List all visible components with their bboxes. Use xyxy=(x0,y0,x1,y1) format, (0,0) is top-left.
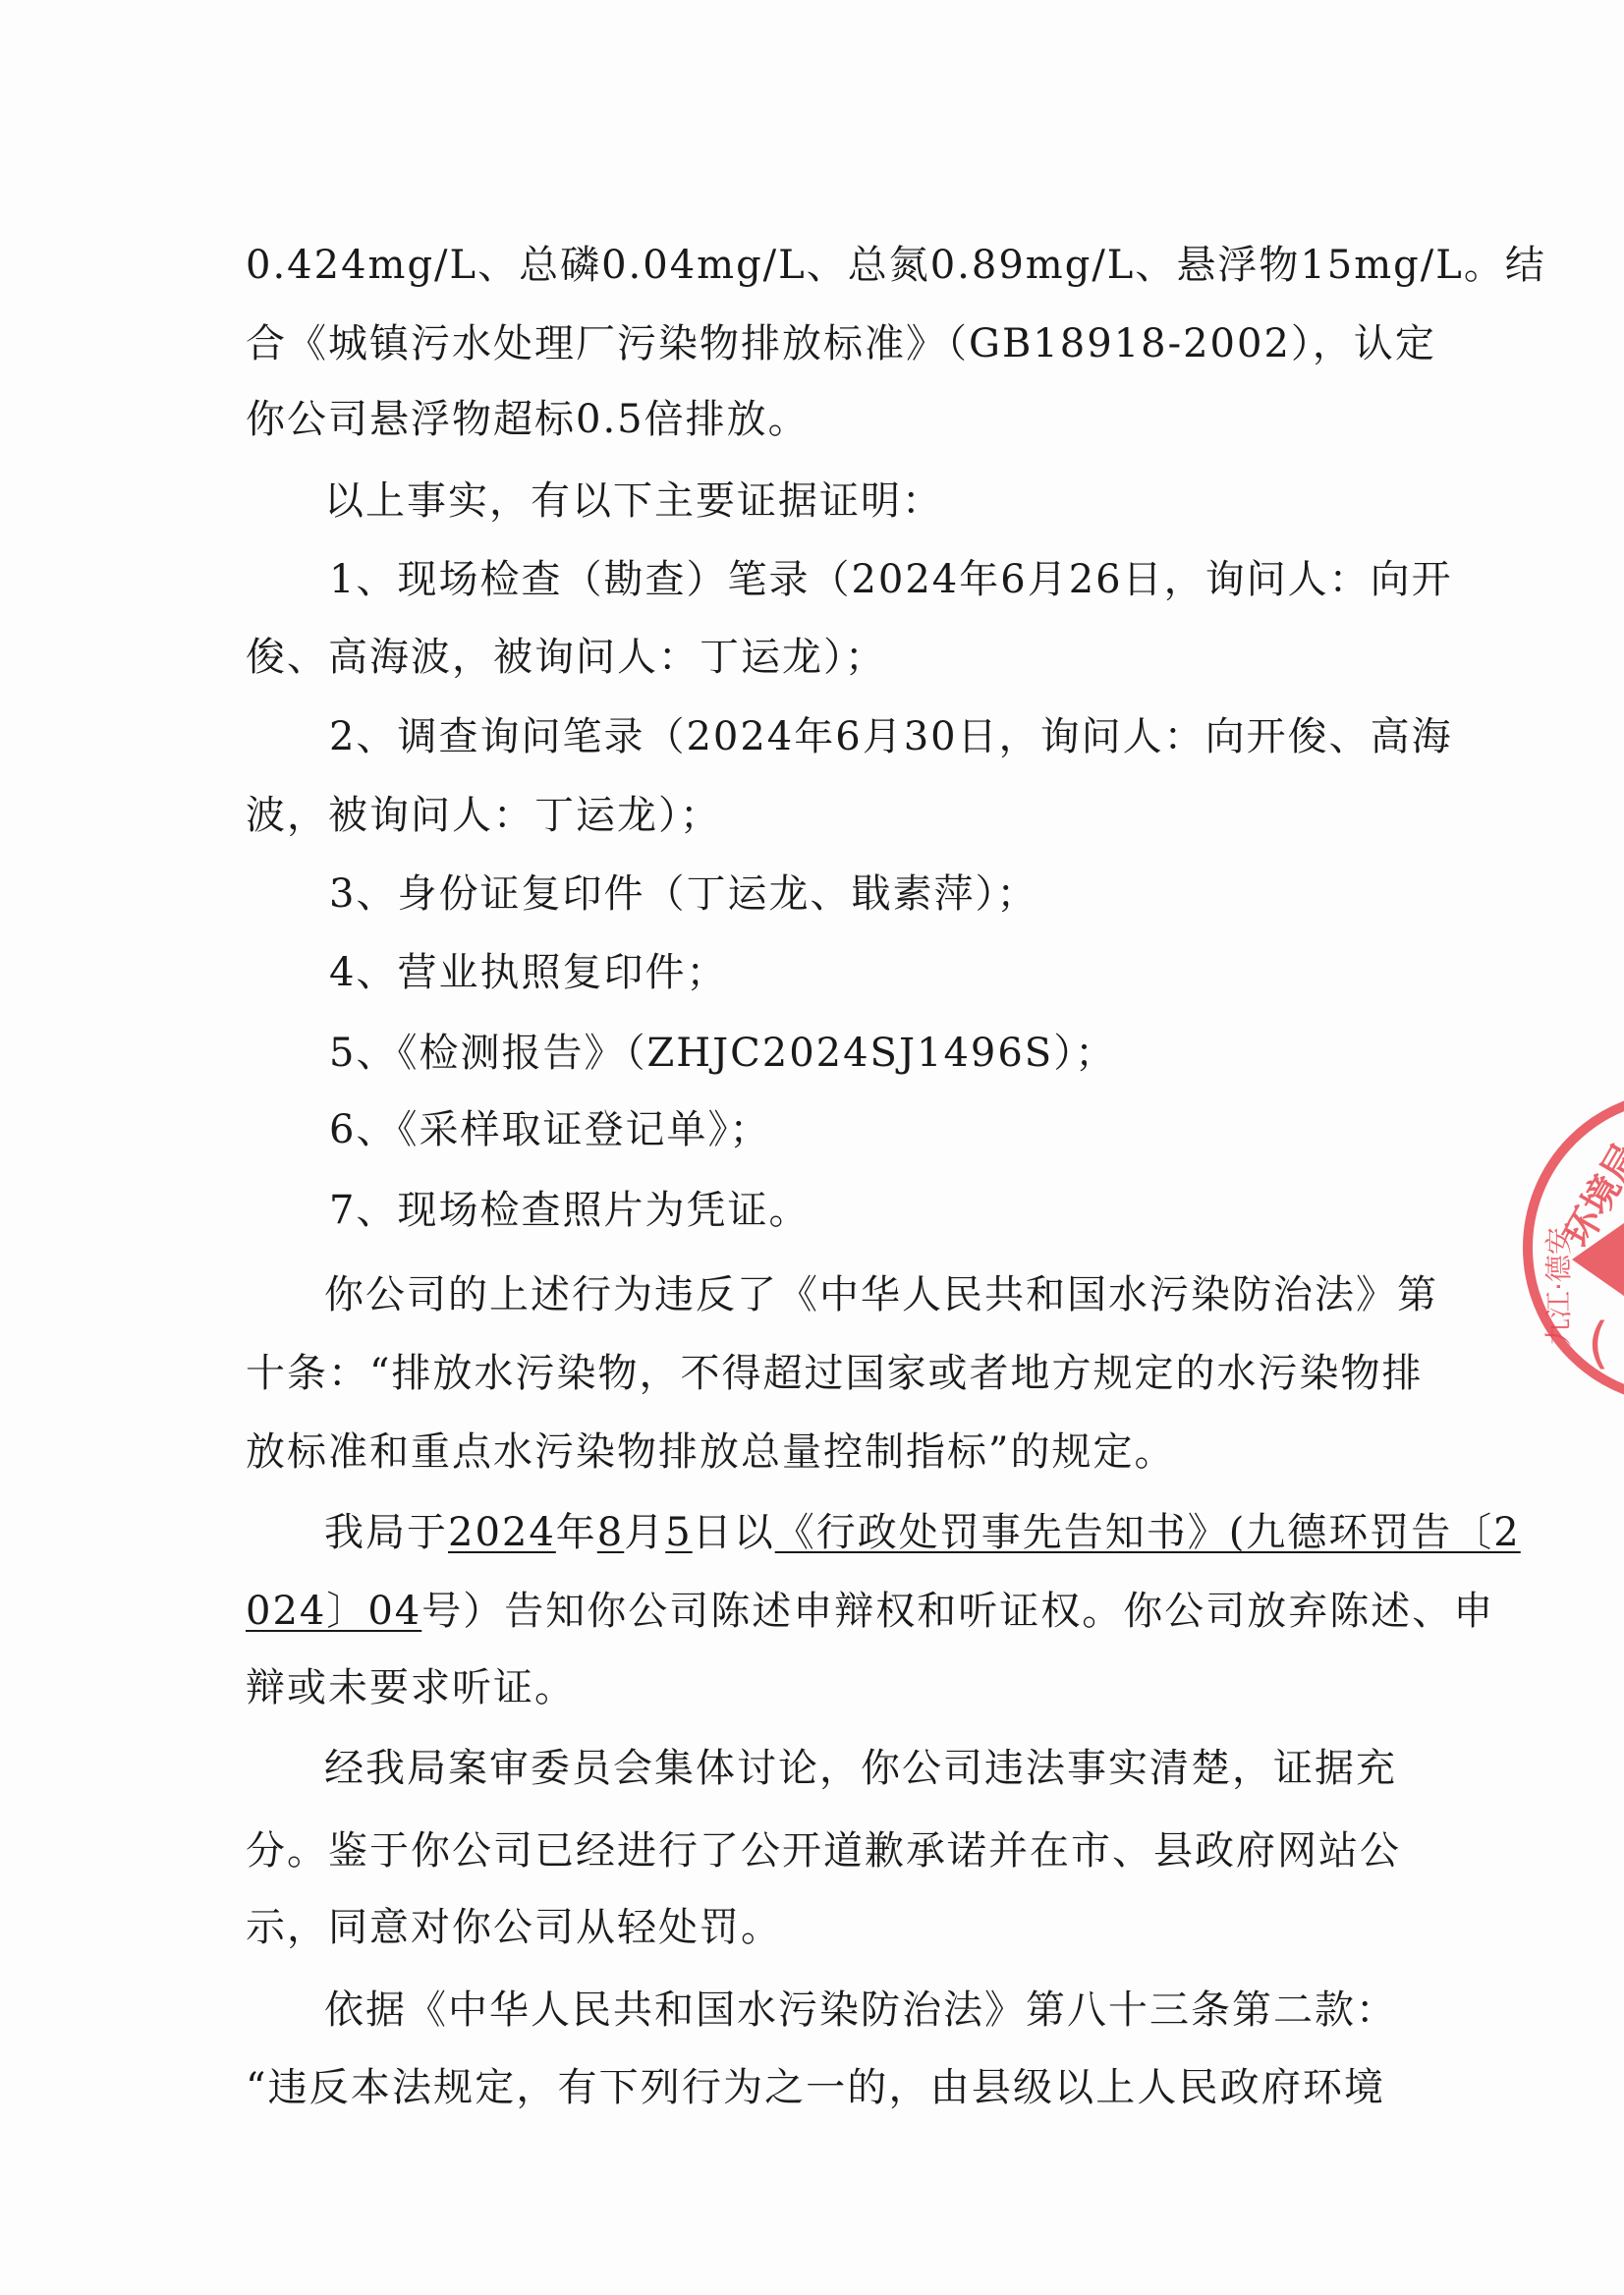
evidence-item-5: 5、《检测报告》（ZHJC2024SJ1496S）； xyxy=(329,1022,1385,1085)
notice-year-suffix: 年 xyxy=(556,1510,597,1555)
violation-paragraph-cont: 十条：“排放水污染物，不得超过国家或者地方规定的水污染物排 xyxy=(246,1342,1385,1405)
notice-day-suffix: 日以 xyxy=(693,1510,775,1555)
notice-paragraph: 我局于2024年8月5日以《行政处罚事先告知书》(九德环罚告〔2 xyxy=(324,1501,1385,1564)
notice-month-suffix: 月 xyxy=(624,1510,665,1555)
notice-year: 2024 xyxy=(448,1510,556,1555)
evidence-item-3: 3、身份证复印件（丁运龙、戢素萍）； xyxy=(329,863,1385,925)
review-paragraph: 经我局案审委员会集体讨论，你公司违法事实清楚，证据充 xyxy=(324,1737,1385,1800)
review-paragraph-cont: 分。鉴于你公司已经进行了公开道歉承诺并在市、县政府网站公 xyxy=(246,1819,1385,1882)
document-page: 0.424mg/L、总磷0.04mg/L、总氮0.89mg/L、悬浮物15mg/… xyxy=(0,0,1624,2295)
paragraph-line: 合《城镇污水处理厂污染物排放标准》（GB18918-2002），认定 xyxy=(246,312,1385,375)
notice-prefix: 我局于 xyxy=(324,1510,448,1555)
notice-month: 8 xyxy=(597,1510,624,1555)
seal-subtext: 九江·德安 xyxy=(1538,1227,1577,1346)
evidence-item-2: 2、调查询问笔录（2024年6月30日，询问人：向开俊、高海 xyxy=(329,705,1385,768)
violation-paragraph: 你公司的上述行为违反了《中华人民共和国水污染防治法》第 xyxy=(324,1263,1385,1326)
paragraph-line: 你公司悬浮物超标0.5倍排放。 xyxy=(246,388,1385,451)
notice-doc-number-suffix: 号） xyxy=(421,1589,504,1634)
evidence-item-2-cont: 波，被询问人：丁运龙）； xyxy=(246,784,1385,847)
evidence-item-7: 7、现场检查照片为凭证。 xyxy=(329,1179,1385,1242)
notice-rights-text: 告知你公司陈述申辩权和听证权。你公司放弃陈述、申 xyxy=(504,1589,1494,1634)
basis-paragraph-cont: “违反本法规定，有下列行为之一的，由县级以上人民政府环境 xyxy=(246,2056,1385,2119)
violation-paragraph-cont: 放标准和重点水污染物排放总量控制指标”的规定。 xyxy=(246,1421,1385,1483)
notice-paragraph-cont: 辩或未要求听证。 xyxy=(246,1656,1385,1719)
evidence-item-1-cont: 俊、高海波，被询问人：丁运龙）； xyxy=(246,626,1385,689)
evidence-item-1: 1、现场检查（勘查）笔录（2024年6月26日，询问人：向开 xyxy=(329,548,1385,611)
notice-doc-number: 024〕04 xyxy=(246,1589,421,1634)
evidence-item-4: 4、营业执照复印件； xyxy=(329,941,1385,1004)
seal-paren: ( xyxy=(1588,1312,1609,1375)
paragraph-line: 0.424mg/L、总磷0.04mg/L、总氮0.89mg/L、悬浮物15mg/… xyxy=(246,234,1385,297)
basis-paragraph: 依据《中华人民共和国水污染防治法》第八十三条第二款： xyxy=(324,1979,1385,2042)
notice-day: 5 xyxy=(665,1510,692,1555)
evidence-item-6: 6、《采样取证登记单》； xyxy=(329,1098,1385,1161)
evidence-intro: 以上事实，有以下主要证据证明： xyxy=(324,470,1385,532)
notice-paragraph-cont: 024〕04号）告知你公司陈述申辩权和听证权。你公司放弃陈述、申 xyxy=(246,1580,1385,1643)
notice-doc-title: 《行政处罚事先告知书》(九德环罚告〔2 xyxy=(775,1510,1521,1555)
review-paragraph-cont: 示，同意对你公司从轻处罚。 xyxy=(246,1896,1385,1959)
